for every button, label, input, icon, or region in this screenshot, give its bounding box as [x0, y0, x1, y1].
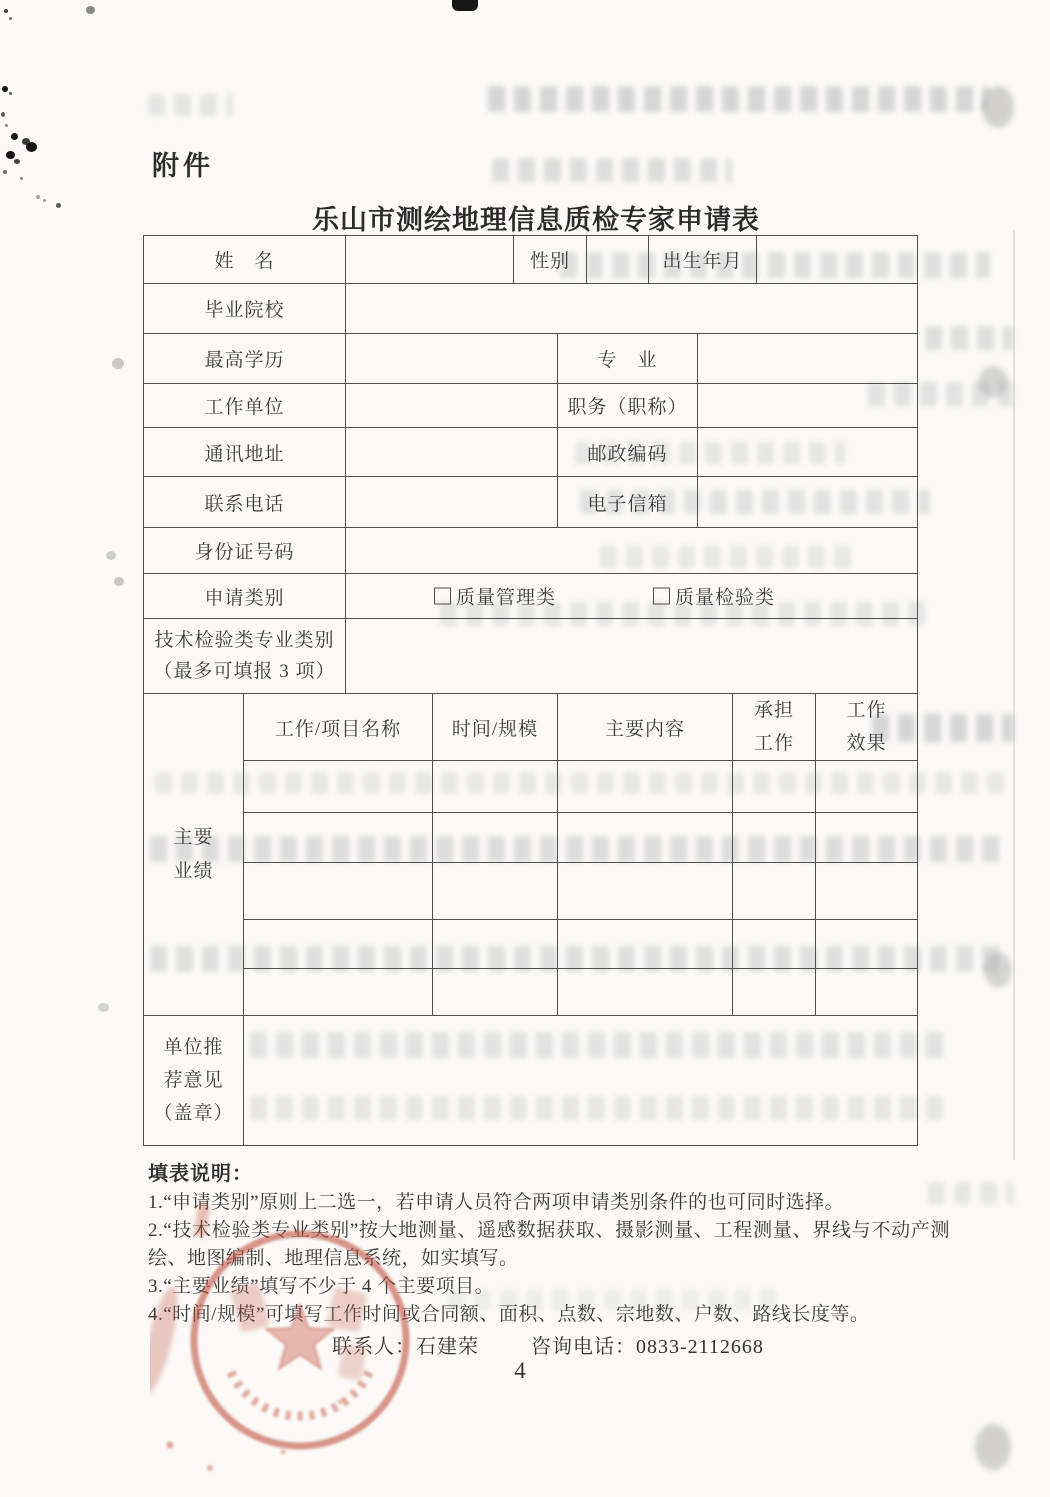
postcode-field-cell: [698, 428, 918, 477]
postcode-label: 邮政编码: [558, 428, 698, 477]
scan-ink-mark: [5, 124, 8, 127]
name-field-cell: [346, 236, 514, 284]
email-field-cell: [698, 477, 918, 528]
note-item-4: 4.“时间/规模”可填写工作时间或合同额、面积、点数、宗地数、户数、路线长度等。: [148, 1301, 950, 1329]
empty-field-cell: [816, 761, 918, 813]
recommendation-label: 单位推 荐意见 （盖章）: [144, 1016, 244, 1146]
scan-ink-mark: [14, 159, 20, 164]
achievements-header-row: 主要 业绩 工作/项目名称 时间/规模 主要内容 承担 工作 工作 效果: [144, 694, 918, 761]
recommendation-field-cell: [244, 1016, 918, 1146]
id-label: 身份证号码: [144, 528, 346, 574]
gender-label: 性别: [514, 236, 587, 284]
bleedthrough-artifact: [148, 94, 233, 116]
application-form-table: 姓 名 性别 出生年月 毕业院校 最高学历 专 业 工作单位 职务（职称）: [143, 235, 918, 1146]
empty-field-cell: [558, 920, 733, 969]
row-school: 毕业院校: [144, 284, 918, 334]
column-header-time-scale: 时间/规模: [433, 694, 558, 761]
notes-heading: 填表说明：: [148, 1159, 950, 1189]
apply-category-label: 申请类别: [144, 574, 346, 619]
empty-field-cell: [733, 813, 816, 863]
checkbox-icon: [653, 588, 670, 605]
notes-section: 填表说明： 1.“申请类别”原则上二选一，若申请人员符合两项申请类别条件的也可同…: [148, 1159, 950, 1329]
note-item-3: 3.“主要业绩”填写不少于 4 个主要项目。: [148, 1273, 950, 1301]
column-header-content: 主要内容: [558, 694, 733, 761]
scan-ink-mark: [112, 358, 124, 369]
attachment-label: 附件: [152, 144, 214, 183]
employer-field-cell: [346, 384, 558, 428]
empty-field-cell: [433, 813, 558, 863]
name-label: 姓 名: [144, 236, 346, 284]
scan-ink-mark: [86, 6, 95, 14]
scan-ink-mark: [98, 1003, 109, 1012]
bleedthrough-artifact: [488, 86, 988, 112]
row-address: 通讯地址 邮政编码: [144, 428, 918, 477]
achievements-empty-row: [144, 969, 918, 1016]
form-title: 乐山市测绘地理信息质检专家申请表: [312, 198, 760, 237]
note-item-1: 1.“申请类别”原则上二选一，若申请人员符合两项申请类别条件的也可同时选择。: [148, 1189, 950, 1217]
row-id-number: 身份证号码: [144, 528, 918, 574]
empty-field-cell: [816, 920, 918, 969]
scan-ink-mark: [36, 195, 40, 199]
degree-label: 最高学历: [144, 334, 346, 384]
scan-ink-mark: [1, 112, 5, 117]
row-employer: 工作单位 职务（职称）: [144, 384, 918, 428]
scan-edge-smudge: [975, 1424, 1011, 1470]
scan-ink-mark: [114, 577, 124, 586]
empty-field-cell: [433, 863, 558, 920]
column-header-effect: 工作 效果: [816, 694, 918, 761]
option-quality-management: 质量管理类: [434, 583, 556, 610]
empty-field-cell: [558, 813, 733, 863]
scan-ink-mark: [452, 0, 478, 11]
column-header-project: 工作/项目名称: [244, 694, 433, 761]
empty-field-cell: [733, 863, 816, 920]
empty-field-cell: [733, 920, 816, 969]
scan-ink-mark: [43, 199, 46, 202]
empty-field-cell: [244, 969, 433, 1016]
scan-ink-mark: [20, 177, 23, 180]
scan-ink-mark: [9, 17, 12, 20]
scanned-form-page: 附件 乐山市测绘地理信息质检专家申请表 姓 名 性别 出生年月 毕业院校 最高学…: [0, 0, 1050, 1497]
email-label: 电子信箱: [558, 477, 698, 528]
gender-field-cell: [587, 236, 649, 284]
empty-field-cell: [558, 863, 733, 920]
major-label: 专 业: [558, 334, 698, 384]
address-label: 通讯地址: [144, 428, 346, 477]
achievements-empty-row: [144, 920, 918, 969]
bleedthrough-artifact: [925, 326, 1013, 350]
scan-ink-mark: [6, 151, 15, 159]
scan-edge-line: [1013, 230, 1015, 1160]
empty-field-cell: [433, 969, 558, 1016]
address-field-cell: [346, 428, 558, 477]
scan-edge-smudge: [982, 86, 1014, 128]
tech-category-field-cell: [346, 619, 918, 694]
major-field-cell: [698, 334, 918, 384]
empty-field-cell: [433, 920, 558, 969]
row-phone: 联系电话 电子信箱: [144, 477, 918, 528]
scan-edge-smudge: [984, 952, 1012, 988]
note-item-2: 2.“技术检验类专业类别”按大地测量、遥感数据获取、摄影测量、工程测量、界线与不…: [148, 1217, 950, 1273]
degree-field-cell: [346, 334, 558, 384]
option-quality-inspection: 质量检验类: [653, 583, 775, 610]
empty-field-cell: [244, 813, 433, 863]
checkbox-icon: [434, 588, 451, 605]
empty-field-cell: [433, 761, 558, 813]
empty-field-cell: [816, 969, 918, 1016]
scan-ink-mark: [26, 142, 37, 152]
scan-ink-mark: [3, 170, 7, 174]
page-number: 4: [0, 1358, 1040, 1384]
contact-person: 联系人：石建荣: [332, 1330, 479, 1359]
achievements-label: 主要 业绩: [144, 694, 244, 1016]
contact-line: 联系人：石建荣咨询电话：0833-2112668: [332, 1330, 764, 1359]
phone-label: 联系电话: [144, 477, 346, 528]
scan-ink-mark: [56, 203, 61, 208]
empty-field-cell: [733, 969, 816, 1016]
empty-field-cell: [558, 969, 733, 1016]
row-tech-category: 技术检验类专业类别 （最多可填报 3 项）: [144, 619, 918, 694]
scan-ink-mark: [2, 86, 8, 92]
birth-label: 出生年月: [649, 236, 757, 284]
row-apply-category: 申请类别 质量管理类 质量检验类: [144, 574, 918, 619]
scan-edge-smudge: [978, 366, 1008, 398]
row-recommendation: 单位推 荐意见 （盖章）: [144, 1016, 918, 1146]
achievements-empty-row: [144, 863, 918, 920]
option-quality-management-label: 质量管理类: [456, 583, 556, 610]
empty-field-cell: [244, 761, 433, 813]
apply-category-options-cell: 质量管理类 质量检验类: [346, 574, 918, 619]
option-quality-inspection-label: 质量检验类: [675, 583, 775, 610]
position-field-cell: [698, 384, 918, 428]
empty-field-cell: [816, 813, 918, 863]
row-name: 姓 名 性别 出生年月: [144, 236, 918, 284]
phone-field-cell: [346, 477, 558, 528]
school-label: 毕业院校: [144, 284, 346, 334]
scan-ink-mark: [9, 92, 12, 95]
bleedthrough-artifact: [492, 158, 732, 182]
scan-ink-mark: [106, 551, 116, 560]
achievements-empty-row: [144, 813, 918, 863]
empty-field-cell: [244, 863, 433, 920]
row-degree: 最高学历 专 业: [144, 334, 918, 384]
id-field-cell: [346, 528, 918, 574]
achievements-empty-row: [144, 761, 918, 813]
empty-field-cell: [816, 863, 918, 920]
school-field-cell: [346, 284, 918, 334]
birth-field-cell: [757, 236, 918, 284]
empty-field-cell: [733, 761, 816, 813]
empty-field-cell: [244, 920, 433, 969]
scan-ink-mark: [11, 133, 18, 140]
tech-category-label: 技术检验类专业类别 （最多可填报 3 项）: [144, 619, 346, 694]
position-label: 职务（职称）: [558, 384, 698, 428]
contact-phone: 咨询电话：0833-2112668: [531, 1330, 764, 1359]
scan-ink-mark: [4, 9, 8, 13]
empty-field-cell: [558, 761, 733, 813]
employer-label: 工作单位: [144, 384, 346, 428]
column-header-role: 承担 工作: [733, 694, 816, 761]
